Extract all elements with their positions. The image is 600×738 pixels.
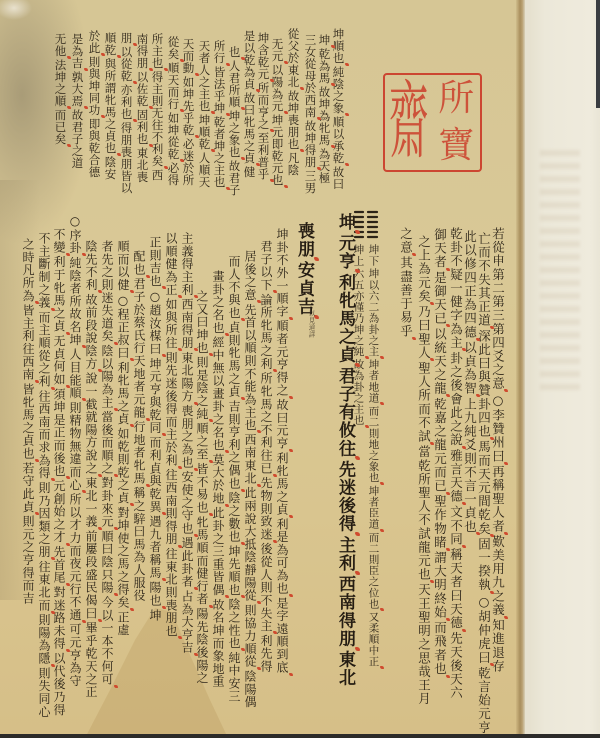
commentary-column: 无他、法坤之順、而已矣、 (54, 33, 66, 147)
commentary-column: 之又曰坤也、則是陰之純、順之至、皆不易也、牝馬順而健行者、陽先陰後陽之 (196, 290, 208, 684)
red-punctuation-mark: 、 (117, 55, 121, 58)
red-punctuation-mark: 、 (180, 59, 184, 62)
dark-background-edge (596, 0, 600, 108)
bottom-background-edge (0, 734, 600, 738)
red-punctuation-mark: 、 (331, 83, 335, 86)
red-punctuation-mark: 、 (273, 540, 277, 543)
red-punctuation-mark: 、 (446, 618, 450, 621)
commentary-column: 從父於東北、故坤喪朋也、凡陰 (287, 28, 299, 176)
red-punctuation-mark: 、 (504, 532, 508, 535)
red-punctuation-mark: 、 (380, 666, 384, 669)
red-punctuation-mark: 、 (490, 534, 494, 537)
red-punctuation-mark: 、 (178, 295, 182, 298)
red-punctuation-mark: 、 (289, 594, 293, 597)
commentary-column: 是為吉、孰大焉、故君子之道 (71, 33, 83, 169)
red-punctuation-mark: 、 (476, 394, 480, 397)
red-punctuation-mark: 、 (270, 79, 274, 82)
red-punctuation-mark: 、 (355, 571, 360, 575)
red-punctuation-mark: 、 (365, 425, 369, 428)
red-punctuation-mark: 、 (241, 595, 245, 598)
red-punctuation-mark: 、 (209, 419, 213, 422)
red-punctuation-mark: 、 (149, 68, 153, 71)
red-punctuation-mark: 、 (446, 548, 450, 551)
red-punctuation-mark: 、 (98, 527, 102, 530)
seal-character: 齋 (389, 81, 429, 165)
red-punctuation-mark: 、 (133, 81, 137, 84)
red-punctuation-mark: 、 (180, 159, 184, 162)
red-punctuation-mark: 、 (194, 653, 198, 656)
red-punctuation-mark: 、 (67, 144, 71, 147)
red-punctuation-mark: 、 (133, 43, 137, 46)
commentary-column: 之上為元矣、乃曰聖人、聖人所而不試、當乾所聖人不試龍元也、天王聖明之思哉王月 (417, 235, 430, 706)
main-text-column: 喪朋、安貞吉、 (295, 222, 312, 319)
lower-trigram-label: 坤下 (368, 244, 379, 266)
commentary-column: 順乾、與所謂牝馬之貞也、陰安 (104, 32, 116, 180)
commentary-column: 所行、皆法乎坤、乾者坤之主也、 (213, 40, 225, 190)
red-punctuation-mark: 、 (284, 185, 288, 188)
red-punctuation-mark: 、 (114, 342, 118, 345)
red-punctuation-mark: 、 (289, 396, 293, 399)
red-punctuation-mark: 、 (178, 545, 182, 548)
red-punctuation-mark: 、 (289, 317, 293, 320)
red-punctuation-mark: 、 (317, 167, 321, 170)
red-punctuation-mark: 、 (241, 157, 245, 160)
red-punctuation-mark: 、 (51, 308, 55, 311)
commentary-column: 順而以健、○程正叔曰、利牝馬之貞、如乾則乾之貞、對坤使之馬之得矣、正虛 (117, 240, 129, 636)
red-punctuation-mark: 、 (146, 484, 150, 487)
seal-character: 所 (438, 79, 474, 119)
red-punctuation-mark: 、 (209, 353, 213, 356)
red-punctuation-mark: 、 (314, 257, 319, 261)
red-punctuation-mark: 、 (380, 356, 384, 359)
red-punctuation-mark: 、 (180, 109, 184, 112)
commentary-column: 坤順也、純陰之象、順以承乾、故曰 (332, 28, 344, 190)
red-punctuation-mark: 、 (226, 63, 230, 66)
red-punctuation-mark: 、 (195, 73, 199, 76)
red-punctuation-mark: 、 (355, 363, 360, 367)
red-punctuation-mark: 、 (225, 333, 229, 336)
red-punctuation-mark: 、 (284, 111, 288, 114)
red-punctuation-mark: 、 (430, 442, 434, 445)
red-punctuation-mark: 、 (365, 356, 369, 359)
commentary-column: 君子以下、論所牝馬之利、所牝馬之不利往已、先物則致迷、後從人則不失主、利先得 (260, 240, 272, 673)
red-punctuation-mark: 、 (257, 601, 261, 604)
commentary-column: 不變、利于牝馬之貞、无貞何如、須坤是正而後也、元創始之才、先首尾、對迷路未得、以… (53, 228, 65, 716)
red-punctuation-mark: 、 (225, 504, 229, 507)
red-punctuation-mark: 、 (98, 369, 102, 372)
red-punctuation-mark: 、 (331, 45, 335, 48)
red-punctuation-mark: 、 (289, 515, 293, 518)
red-punctuation-mark: 、 (67, 106, 71, 109)
commentary-column: 天而動、如坤先乎乾、必迷於所 (182, 38, 194, 186)
red-punctuation-mark: 、 (51, 387, 55, 390)
red-punctuation-mark: 、 (270, 129, 274, 132)
red-punctuation-mark: 、 (101, 53, 105, 56)
red-punctuation-mark: 、 (256, 163, 260, 166)
red-punctuation-mark: 、 (273, 474, 277, 477)
hexagram-note: 坤以六二為卦之主、坤者地道、而二則地之象也、坤者臣道、而二則臣之位也、又柔順中正… (368, 268, 379, 669)
red-punctuation-mark: 、 (345, 63, 349, 66)
red-punctuation-mark: 、 (355, 269, 360, 273)
red-punctuation-mark: 、 (194, 295, 198, 298)
commentary-column: 坤卦不外一順字、順者元亨得之、故曰元亨、利牝馬之貞、利是為可為也、是字遠順到底、 (276, 228, 288, 676)
commentary-column: 朋、以從乾、亦利也、得朋喪朋皆以 (120, 32, 132, 194)
commentary-column: 畫卦之名也、經中無以畫卦之名也、莫大於地、此卦之三重皆偶、故名坤而象地重 (212, 270, 224, 688)
red-punctuation-mark: 、 (66, 332, 70, 335)
red-punctuation-mark: 、 (98, 474, 102, 477)
red-punctuation-mark: 、 (84, 106, 88, 109)
red-punctuation-mark: 、 (84, 68, 88, 71)
red-punctuation-mark: 、 (289, 673, 293, 676)
commentary-column: 居後之意、先首以順則不能為主也、西南東北、此兩說大抵陰靜陽從、則協力順從、陰陽偶 (244, 250, 256, 708)
red-punctuation-mark: 、 (194, 534, 198, 537)
kun-hexagram-icon (353, 209, 379, 239)
seal-character: 寶 (438, 126, 474, 166)
commentary-column: 乾卦不疑一健字為主、卦之後會此之說、雅言天德、文不同、稱天者曰天德、先天後天六 (449, 227, 462, 700)
red-punctuation-mark: 、 (66, 253, 70, 256)
red-punctuation-mark: 、 (149, 144, 153, 147)
red-punctuation-mark: 、 (178, 466, 182, 469)
red-punctuation-mark: 、 (82, 490, 86, 493)
red-punctuation-mark: 、 (345, 163, 349, 166)
commentary-column: 坤、乾為馬、故坤為牝馬、為天極 (318, 34, 330, 184)
commentary-column: 陰先不利、故前段說陰方、說一截就陽方說之、東北一義、前屢段盛民偈曰、畢乎乾天之正 (85, 240, 97, 698)
red-punctuation-mark: 、 (211, 111, 215, 114)
red-punctuation-mark: 、 (98, 619, 102, 622)
red-punctuation-mark: 、 (270, 179, 274, 182)
commentary-column: 御天者、是御天已、以統天之龍、乾嘉之龍元而已、聖作物睹、謂大明終始、而飛者也、 (433, 228, 446, 678)
red-punctuation-mark: 、 (35, 512, 39, 515)
red-punctuation-mark: 、 (211, 149, 215, 152)
red-punctuation-mark: 、 (209, 513, 213, 516)
main-text-column: 坤、元亨、利牝馬之貞、君子有攸往、先迷後得、主利、西南得朋、東北 (336, 213, 353, 687)
red-punctuation-mark: 、 (35, 459, 39, 462)
red-punctuation-mark: 、 (345, 113, 349, 116)
red-punctuation-mark: 、 (82, 345, 86, 348)
red-punctuation-mark: 、 (256, 89, 260, 92)
main-text-annotation: 以見道詳 (308, 310, 315, 338)
red-punctuation-mark: 、 (300, 149, 304, 152)
red-punctuation-mark: 、 (462, 446, 466, 449)
red-punctuation-mark: 、 (66, 649, 70, 652)
red-punctuation-mark: 、 (209, 605, 213, 608)
commentary-column: 三女從母於西南、故坤得朋、三男 (304, 34, 316, 194)
red-punctuation-mark: 、 (289, 449, 293, 452)
commentary-column: 正則吉也、○趙汝楳曰、坤元亨與乾同、而利貞與乾異、遇九者稱馬、陽也、坤 (149, 236, 161, 622)
red-punctuation-mark: 、 (476, 338, 480, 341)
commentary-column: 天者人之主也、坤順乾、人順天 (198, 40, 210, 188)
red-seal-stamp: 所 寶 齋 (383, 73, 482, 172)
commentary-column: 坤含乾元、所而亨之、至利普乎、 (257, 32, 269, 182)
red-punctuation-mark: 、 (446, 675, 450, 678)
commentary-column: 无元、以陽為元、坤元即乾元也、 (271, 38, 283, 188)
red-punctuation-mark: 、 (226, 187, 230, 190)
red-punctuation-mark: 、 (35, 380, 39, 383)
commentary-column: 南得朋、以佐乾、固利也、東北喪 (136, 33, 148, 183)
red-punctuation-mark: 、 (35, 301, 39, 304)
red-punctuation-mark: 、 (146, 418, 150, 421)
red-punctuation-mark: 、 (504, 389, 508, 392)
red-punctuation-mark: 、 (114, 685, 118, 688)
red-punctuation-mark: 、 (194, 402, 198, 405)
red-punctuation-mark: 、 (114, 527, 118, 530)
red-punctuation-mark: 、 (380, 482, 384, 485)
red-punctuation-mark: 、 (133, 119, 137, 122)
commentary-column: 之時凡所為、皆主利往西南、皆牝馬之貞也、若守此貞、則元之亨得而吉 (22, 238, 34, 605)
red-punctuation-mark: 、 (331, 145, 335, 148)
commentary-column: 者先之則迷失道矣、陰以陽為主、當後而順之、對卦來元、順曰陰只陽、今以一本不何可、 (101, 240, 113, 688)
red-punctuation-mark: 、 (101, 115, 105, 118)
red-punctuation-mark: 、 (162, 606, 166, 609)
red-punctuation-mark: 、 (300, 87, 304, 90)
commentary-column: 於此、則與坤同功、即與乾合德 (88, 30, 100, 178)
red-punctuation-mark: 、 (241, 107, 245, 110)
red-punctuation-mark: 、 (490, 326, 494, 329)
red-punctuation-mark: 、 (446, 324, 450, 327)
red-punctuation-mark: 、 (490, 663, 494, 666)
red-punctuation-mark: 、 (51, 664, 55, 667)
red-punctuation-mark: 、 (355, 532, 360, 536)
red-punctuation-mark: 、 (241, 542, 245, 545)
red-punctuation-mark: 、 (380, 529, 384, 532)
red-punctuation-mark: 、 (257, 667, 261, 670)
red-punctuation-mark: 、 (149, 106, 153, 109)
red-punctuation-mark: 、 (430, 302, 434, 305)
red-punctuation-mark: 、 (412, 253, 416, 256)
red-punctuation-mark: 、 (241, 397, 245, 400)
red-punctuation-mark: 、 (114, 408, 118, 411)
red-punctuation-mark: 、 (446, 492, 450, 495)
red-punctuation-mark: 、 (241, 489, 245, 492)
red-punctuation-mark: 、 (317, 117, 321, 120)
commentary-column: 而人不與也、貞則牝馬之貞、吉則亨利之偶也、陰之數也、坤先順也、陰之性也、純中安三 (228, 255, 240, 703)
commentary-column: 所主也、得主則无往不利矣、西 (151, 33, 163, 181)
red-punctuation-mark: 、 (273, 369, 277, 372)
commentary-column: 配也、君子於蔡氏行天地者元龍、行地者牝馬、稱之騂曰馬為人服役 (133, 250, 145, 602)
red-punctuation-mark: 、 (114, 593, 118, 596)
red-punctuation-mark: 、 (162, 512, 166, 515)
red-punctuation-mark: 、 (462, 502, 466, 505)
red-punctuation-mark: 、 (146, 275, 150, 278)
red-punctuation-mark: 、 (226, 113, 230, 116)
commentary-column: 此以修四正為四德、以貞為智、上九純爻則不言一貞也、 (463, 230, 476, 535)
red-punctuation-mark: 、 (114, 474, 118, 477)
red-punctuation-mark: 、 (195, 135, 199, 138)
red-punctuation-mark: 、 (209, 460, 213, 463)
red-punctuation-mark: 、 (164, 68, 168, 71)
red-punctuation-mark: 、 (117, 153, 121, 156)
red-punctuation-mark: 、 (355, 647, 360, 651)
commentary-column: 是以乾為貞、故曰牝馬之貞、健 (243, 30, 255, 178)
red-punctuation-mark: 、 (130, 608, 134, 611)
red-punctuation-mark: 、 (462, 545, 466, 548)
red-punctuation-mark: 、 (430, 580, 434, 583)
red-punctuation-mark: 、 (162, 578, 166, 581)
red-punctuation-mark: 、 (412, 337, 416, 340)
red-punctuation-mark: 、 (257, 484, 261, 487)
red-punctuation-mark: 、 (67, 56, 71, 59)
commentary-column: 若從申第二第三第四爻之意、○李贊州曰、再稱聖人者、歎美用九之義、知進退存 (491, 227, 504, 673)
red-punctuation-mark: 、 (66, 543, 70, 546)
seal-right-column: 所 寶 (433, 75, 481, 170)
red-punctuation-mark: 、 (194, 468, 198, 471)
red-punctuation-mark: 、 (241, 318, 245, 321)
red-punctuation-mark: 、 (66, 583, 70, 586)
red-punctuation-mark: 、 (66, 385, 70, 388)
commentary-column: 主義得主利、西南得朋、東北陽方、喪朋之為也、安使之守也、遇此卦者、占為大亨吉、 (181, 232, 193, 656)
red-punctuation-mark: 、 (462, 629, 466, 632)
red-punctuation-mark: 、 (446, 394, 450, 397)
commentary-column: 不主斷制之義、而主順從之利、往西南而求為得、則乃因類之朋、往東北而、則陽為隱、則… (38, 232, 50, 718)
red-punctuation-mark: 、 (284, 61, 288, 64)
red-punctuation-mark: 、 (490, 437, 494, 440)
red-punctuation-mark: 、 (490, 591, 494, 594)
bleed-through-ghost-text (540, 150, 580, 390)
commentary-column: 之意、其盡善于易乎、 (399, 227, 412, 340)
commentary-column: 亡而不失其正道、深此曰與贊卦四也、馬而天元間乾矣、固一揆執、○胡仲虎曰、乾言始元… (477, 232, 490, 734)
red-punctuation-mark: 、 (355, 230, 360, 234)
seal-left-column: 齋 (385, 75, 433, 170)
red-punctuation-mark: 、 (164, 166, 168, 169)
red-punctuation-mark: 、 (504, 616, 508, 619)
commentary-column: 也、人君所順、坤之象也、故君子 (228, 46, 240, 196)
red-punctuation-mark: 、 (504, 462, 508, 465)
commentary-column: 以順健為正、如與所往、則先迷後得而主於利、往西南則得朋、往東北則喪朋也、 (165, 232, 177, 639)
red-punctuation-mark: 、 (51, 611, 55, 614)
red-punctuation-mark: 、 (241, 57, 245, 60)
commentary-column: 從矣、順天而行、如坤從乾、必得 (167, 36, 179, 186)
paper-edge (516, 0, 525, 734)
red-punctuation-mark: 、 (446, 268, 450, 271)
red-punctuation-mark: 、 (194, 587, 198, 590)
commentary-column: ○序卦、純陰者所故名坤、人目能順、則精物無違而心、所以才力而夜元行不通、可元亨為… (69, 214, 81, 687)
